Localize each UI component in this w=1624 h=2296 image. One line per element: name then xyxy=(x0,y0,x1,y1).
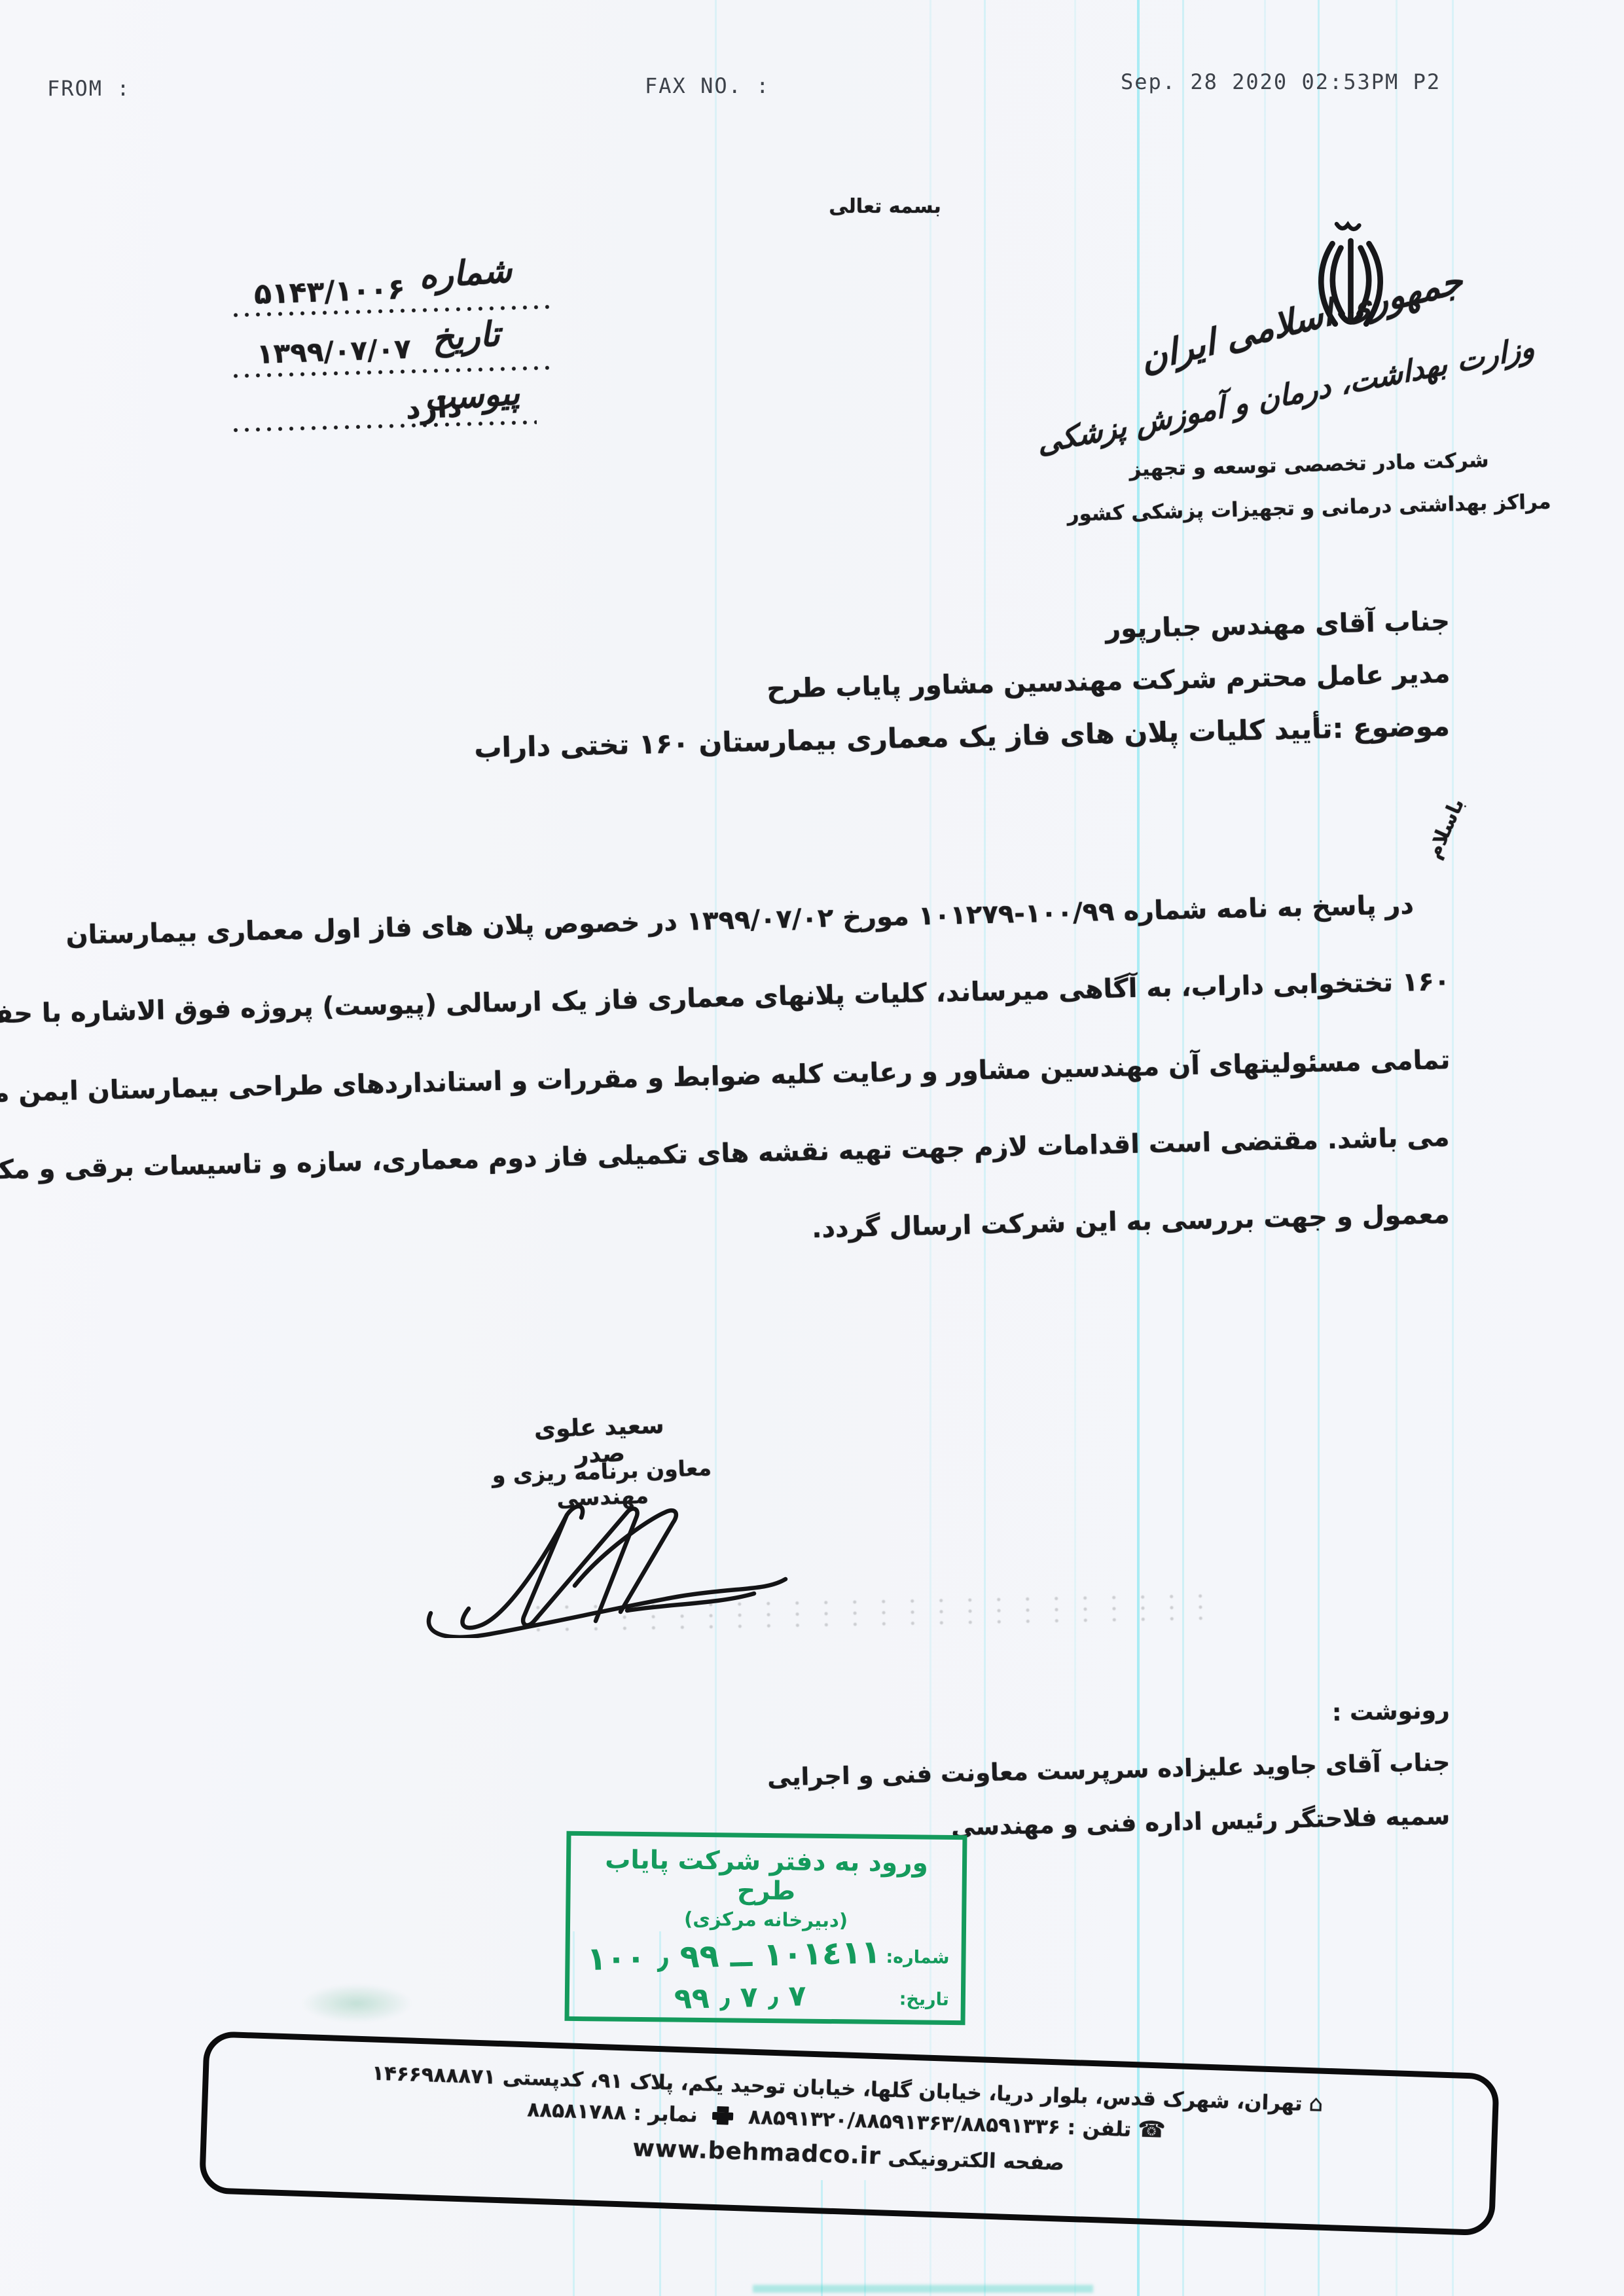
ref-date-value: ۱۳۹۹/۰۷/۰۷ xyxy=(256,333,411,370)
footer-phone-numbers: ۸۸۵۹۱۳۲۰/۸۸۵۹۱۳۶۳/۸۸۵۹۱۳۳۶ xyxy=(748,2105,1061,2140)
org-name-line1: شرکت مادر تخصصی توسعه و تجهیز xyxy=(1087,447,1532,483)
fax-from-label: FROM : xyxy=(47,76,131,101)
ref-number-label: شماره xyxy=(418,251,513,297)
fax-number-label: FAX NO. : xyxy=(645,73,770,98)
recipient-name: جناب آقای مهندس جبارپور xyxy=(1106,606,1451,644)
house-icon: ⌂ xyxy=(1308,2090,1324,2117)
scan-artifact-smudge xyxy=(753,2285,1093,2293)
body-line: معمول و جهت بررسی به این شرکت ارسال گردد… xyxy=(812,1199,1450,1244)
footer-web-label: صفحه الکترونیکی xyxy=(888,2146,1064,2176)
entry-stamp: ورود به دفتر شرکت پایاب طرح (دبیرخانه مر… xyxy=(564,1831,967,2025)
stamp-date-label: تاریخ: xyxy=(899,1989,949,2010)
footer-phone-label: تلفن : xyxy=(1067,2116,1132,2141)
stamp-subtitle: (دبیرخانه مرکزی) xyxy=(582,1906,950,1933)
recipient-title: مدیر عامل محترم شرکت مهندسین مشاور پایاب… xyxy=(766,659,1450,704)
cc-label: رونوشت : xyxy=(1332,1697,1451,1726)
dotted-leader xyxy=(232,419,537,433)
bismillah: بسمه تعالی xyxy=(826,195,944,218)
stamp-ink-ghost xyxy=(301,1984,412,2023)
stamp-number-label: شماره: xyxy=(886,1947,949,1968)
ref-date-label: تاریخ xyxy=(431,314,501,358)
salutation: باسلام xyxy=(1422,795,1469,862)
stamp-number-value: ۱۰۰ ٫ ۹۹ ــ ۱۰۱٤۱۱ xyxy=(581,1933,886,1978)
ref-number-value: ۵۱۴۳/۱۰۰۶ xyxy=(253,272,406,311)
cc-entry: جناب آقای جاوید علیزاده سرپرست معاونت فن… xyxy=(767,1748,1451,1792)
footer-box: ⌂تهران، شهرک قدس، بلوار دریا، خیابان گله… xyxy=(199,2031,1500,2236)
body-line: تمامی مسئولیتهای آن مهندسین مشاور و رعای… xyxy=(0,1045,1451,1110)
subject-line: موضوع :تأیید کلیات پلان های فاز یک معمار… xyxy=(474,710,1451,764)
body-line: ۱۶۰ تختخوابی داراب، به آگاهی میرساند، کل… xyxy=(0,966,1451,1030)
fax-document-page: FROM : FAX NO. : Sep. 28 2020 02:53PM P2… xyxy=(0,0,1624,2296)
fax-timestamp: Sep. 28 2020 02:53PM P2 xyxy=(1121,69,1441,94)
stamp-title: ورود به دفتر شرکت پایاب طرح xyxy=(582,1845,950,1908)
fax-machine-icon xyxy=(711,2105,735,2126)
stamp-date-value: ۹۹ ٫ ۷ ٫ ۷ xyxy=(581,1977,899,2018)
footer-fax-label: نمابر : xyxy=(633,2102,698,2127)
footer-website: www.behmadco.ir xyxy=(632,2135,882,2170)
body-line: می باشد. مقتضی است اقدامات لازم جهت تهیه… xyxy=(0,1122,1451,1187)
cc-entry: سمیه فلاحتگر رئیس اداره فنی و مهندسی xyxy=(951,1802,1451,1841)
footer-fax-number: ۸۸۵۸۱۷۸۸ xyxy=(527,2098,626,2124)
telephone-icon: ☎ xyxy=(1138,2116,1166,2143)
body-line: در پاسخ به نامه شماره ۱۰۰/۹۹-۱۰۱۲۷۹ مورخ… xyxy=(65,889,1450,951)
org-name-line2: مراکز بهداشتی درمانی و تجهیزات پزشکی کشو… xyxy=(1047,490,1572,527)
